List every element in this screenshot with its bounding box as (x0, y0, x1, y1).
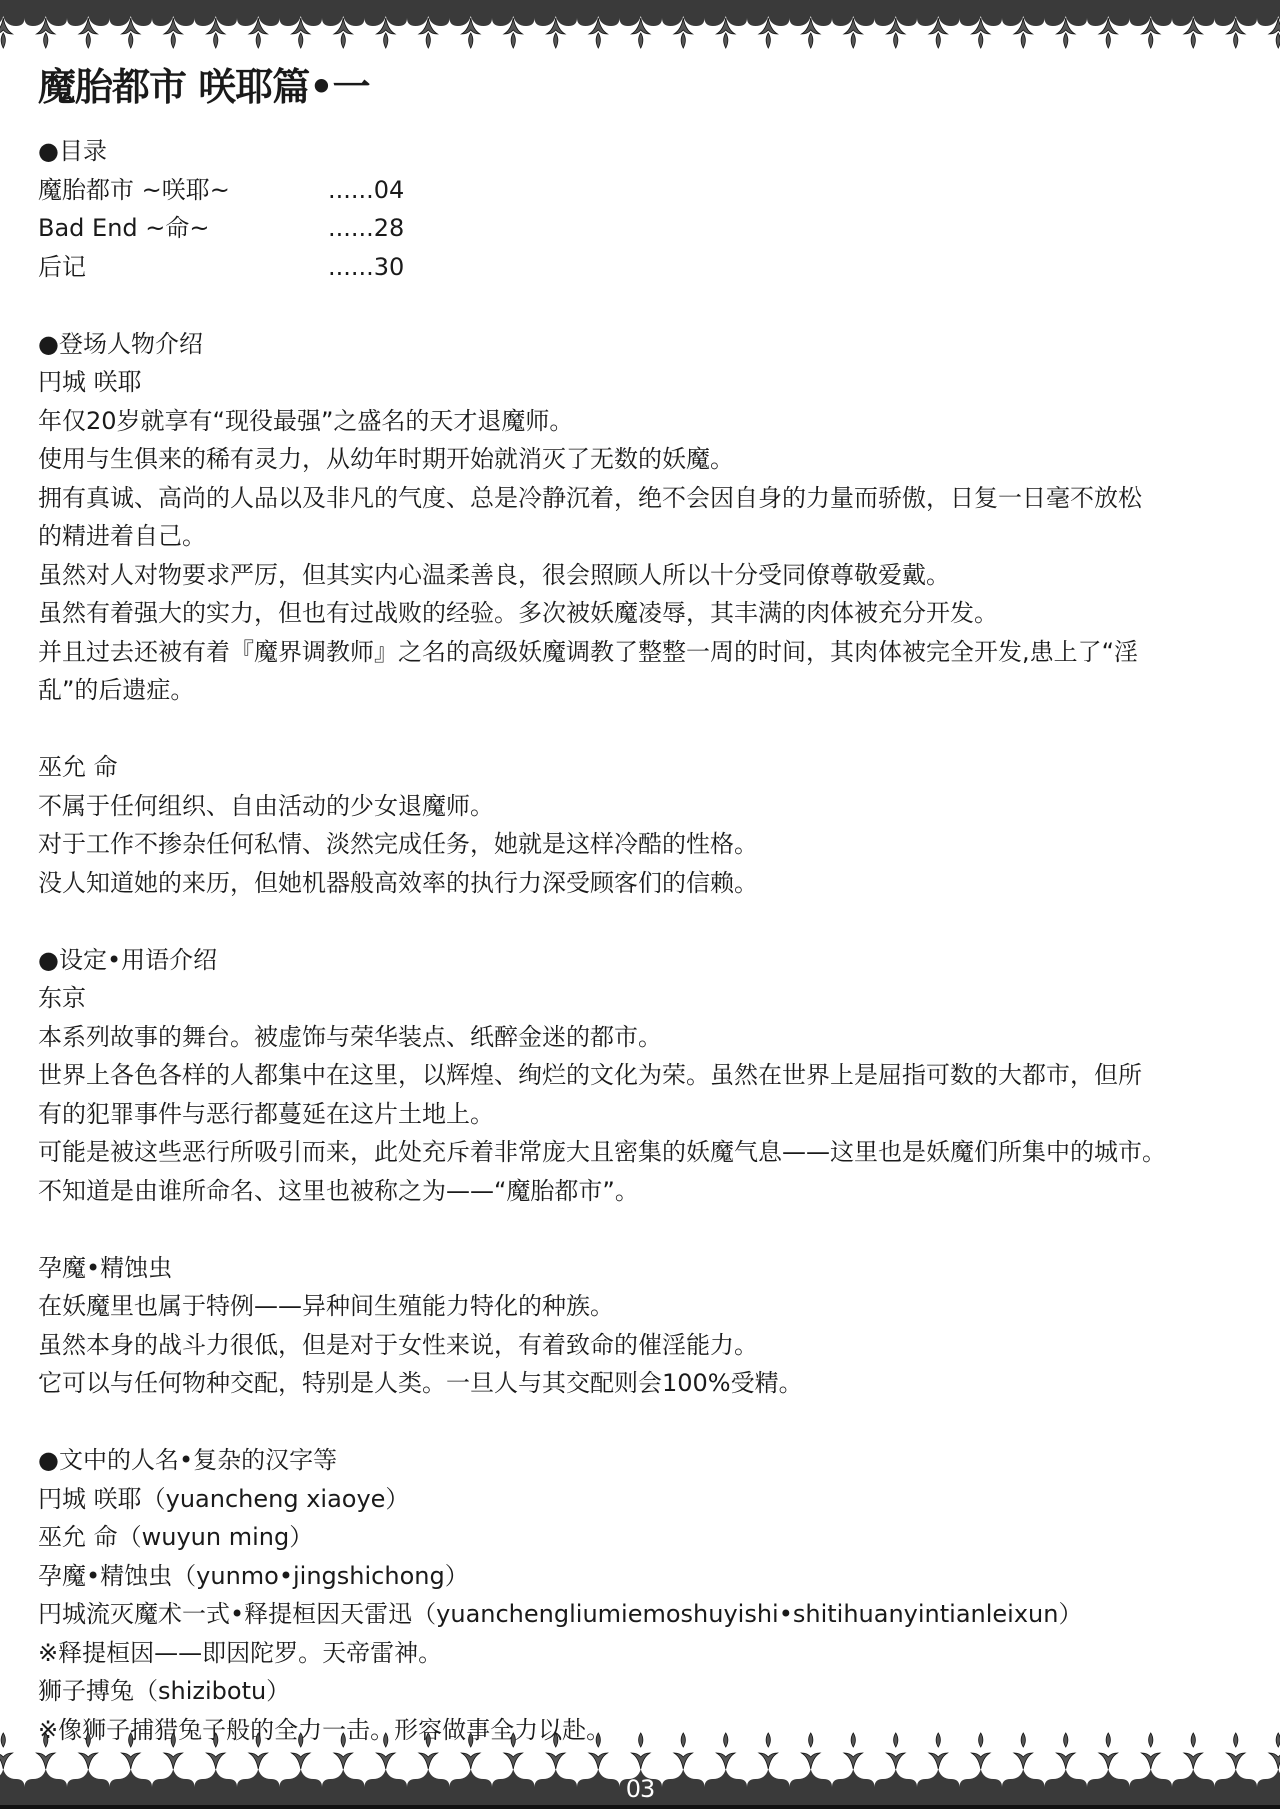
paragraph-line: 在妖魔里也属于特例——异种间生殖能力特化的种族。 (38, 1287, 1258, 1326)
name-gloss: 孕魔•精蚀虫（yunmo•jingshichong） (38, 1557, 1258, 1596)
paragraph-line: 虽然有着强大的实力，但也有过战败的经验。多次被妖魔凌辱，其丰满的肉体被充分开发。 (38, 594, 1258, 633)
term-name: 孕魔•精蚀虫 (38, 1249, 1258, 1288)
paragraph-line: 的精进着自己。 (38, 517, 1258, 556)
paragraph-line: 虽然对人对物要求严厉，但其实内心温柔善良，很会照顾人所以十分受同僚尊敬爱戴。 (38, 556, 1258, 595)
paragraph-line: 虽然本身的战斗力很低，但是对于女性来说，有着致命的催淫能力。 (38, 1326, 1258, 1365)
toc-entry: 后记 ......30 (38, 248, 1258, 287)
paragraph-line: 没人知道她的来历，但她机器般高效率的执行力深受顾客们的信赖。 (38, 864, 1258, 903)
paragraph-line: 对于工作不掺杂任何私情、淡然完成任务，她就是这样冷酷的性格。 (38, 825, 1258, 864)
paragraph-line: 拥有真诚、高尚的人品以及非凡的气度、总是冷静沉着，绝不会因自身的力量而骄傲，日复… (38, 479, 1258, 518)
toc-entry-label: Bad End ~命~ (38, 209, 328, 248)
section-heading: ●登场人物介绍 (38, 325, 1258, 364)
name-gloss: 円城 咲耶（yuancheng xiaoye） (38, 1480, 1258, 1519)
paragraph-line: 并且过去还被有着『魔界调教师』之名的高级妖魔调教了整整一周的时间，其肉体被完全开… (38, 633, 1258, 672)
paragraph-line: 使用与生俱来的稀有灵力，从幼年时期开始就消灭了无数的妖魔。 (38, 440, 1258, 479)
toc-section: ●目录 魔胎都市 ~咲耶~ ......04 Bad End ~命~ .....… (38, 132, 1258, 286)
page-title: 魔胎都市 咲耶篇•一 (38, 62, 1258, 112)
page-number: 03 (0, 1775, 1280, 1803)
characters-section: ●登场人物介绍 円城 咲耶 年仅20岁就享有“现役最强”之盛名的天才退魔师。 使… (38, 325, 1258, 903)
toc-entry-page: ......28 (328, 209, 404, 248)
terms-section: ●设定•用语介绍 东京 本系列故事的舞台。被虚饰与荣华装点、纸醉金迷的都市。 世… (38, 941, 1258, 1403)
toc-entry-page: ......30 (328, 248, 404, 287)
footnote: ※释提桓因——即因陀罗。天帝雷神。 (38, 1634, 1258, 1673)
paragraph-line: 年仅20岁就享有“现役最强”之盛名的天才退魔师。 (38, 402, 1258, 441)
section-heading: ●设定•用语介绍 (38, 941, 1258, 980)
toc-entry-page: ......04 (328, 171, 404, 210)
term-name: 东京 (38, 979, 1258, 1018)
paragraph-line: 世界上各色各样的人都集中在这里，以辉煌、绚烂的文化为荣。虽然在世界上是屈指可数的… (38, 1056, 1258, 1095)
names-section: ●文中的人名•复杂的汉字等 円城 咲耶（yuancheng xiaoye） 巫允… (38, 1441, 1258, 1749)
toc-entry-label: 魔胎都市 ~咲耶~ (38, 171, 328, 210)
name-gloss: 円城流灭魔术一式•释提桓因天雷迅（yuanchengliumiemoshuyis… (38, 1595, 1258, 1634)
toc-entry-label: 后记 (38, 248, 328, 287)
character-name: 巫允 命 (38, 748, 1258, 787)
toc-entry: Bad End ~命~ ......28 (38, 209, 1258, 248)
toc-entry: 魔胎都市 ~咲耶~ ......04 (38, 171, 1258, 210)
paragraph-line: 不知道是由谁所命名、这里也被称之为——“魔胎都市”。 (38, 1172, 1258, 1211)
name-gloss: 巫允 命（wuyun ming） (38, 1518, 1258, 1557)
paragraph-line: 不属于任何组织、自由活动的少女退魔师。 (38, 787, 1258, 826)
character-name: 円城 咲耶 (38, 363, 1258, 402)
paragraph-line: 有的犯罪事件与恶行都蔓延在这片土地上。 (38, 1095, 1258, 1134)
paragraph-line: 乱”的后遗症。 (38, 671, 1258, 710)
paragraph-line: 可能是被这些恶行所吸引而来，此处充斥着非常庞大且密集的妖魔气息——这里也是妖魔们… (38, 1133, 1258, 1172)
section-heading: ●文中的人名•复杂的汉字等 (38, 1441, 1258, 1480)
toc-heading: ●目录 (38, 132, 1258, 171)
paragraph-line: 本系列故事的舞台。被虚饰与荣华装点、纸醉金迷的都市。 (38, 1018, 1258, 1057)
document-body: 魔胎都市 咲耶篇•一 ●目录 魔胎都市 ~咲耶~ ......04 Bad En… (38, 62, 1258, 1749)
paragraph-line: 它可以与任何物种交配，特别是人类。一旦人与其交配则会100%受精。 (38, 1364, 1258, 1403)
top-ornamental-border (0, 0, 1280, 60)
name-gloss: 狮子搏兔（shizibotu） (38, 1672, 1258, 1711)
